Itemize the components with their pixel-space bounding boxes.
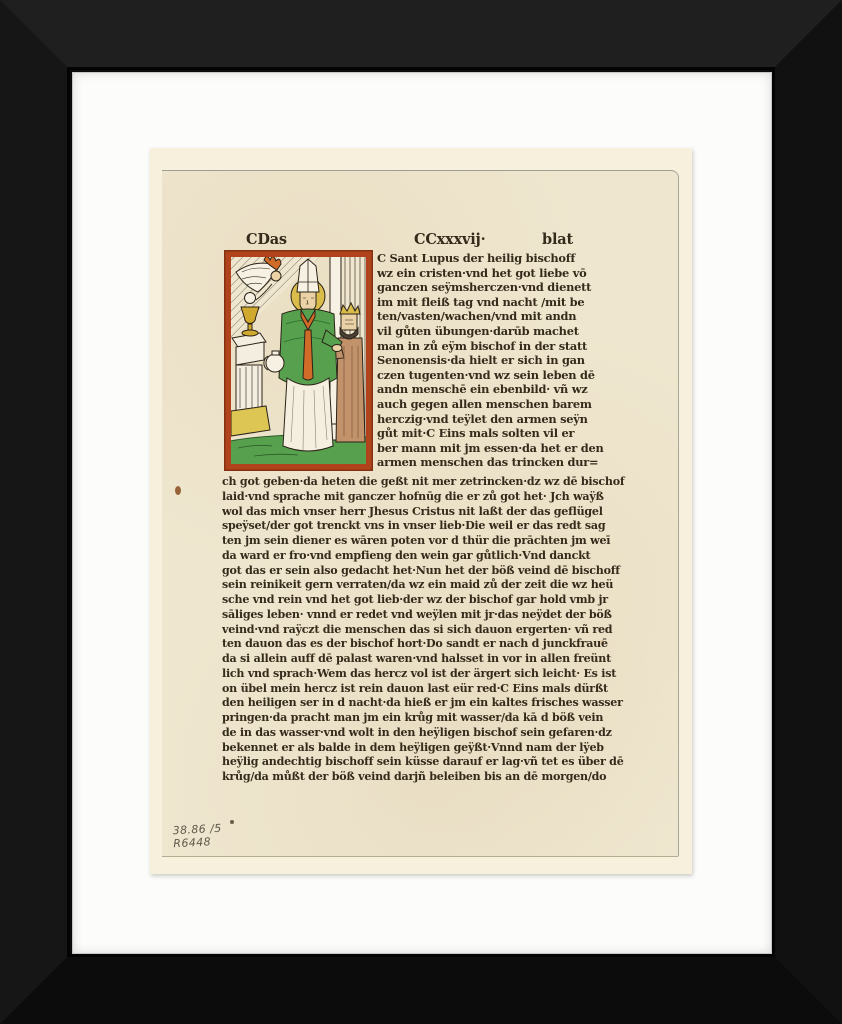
text-line: wz ein cristen·vnd het got liebe vō: [377, 266, 633, 281]
bishop-hand: [332, 345, 342, 352]
text-line: laid·vnd sprache mit ganczer hofnūg die …: [222, 490, 632, 505]
text-line: on übel mein hercz ist rein dauon last e…: [222, 682, 632, 697]
text-line: lich vnd sprach·Wem das hercz vol ist de…: [222, 667, 632, 682]
text-line: ch got geben·da heten die geßt nit mer z…: [222, 475, 632, 490]
text-line: de in das wasser·vnd wolt in den heÿlige…: [222, 726, 632, 741]
text-line: ten dauon das es der bischof hort·Do san…: [222, 637, 632, 652]
text-line: ber mann mit jm essen·da het er den: [377, 441, 633, 456]
text-line: bekennet er als balde in dem heÿligen ge…: [222, 741, 632, 756]
text-line: veind·vnd raÿczt die menschen das si sic…: [222, 623, 632, 638]
bishop-alb: [283, 378, 333, 451]
text-line: krůg/da můßt der böß veind darjñ beleibe…: [222, 770, 632, 785]
header-row: CDas CCxxxvij· blat: [222, 231, 632, 249]
main-text-block: ch got geben·da heten die geßt nit mer z…: [222, 475, 632, 793]
text-line: ganczen seÿmsherczen·vnd dienett: [377, 280, 633, 295]
text-line: im mit fleiß tag vnd nacht /mit be: [377, 295, 633, 310]
header-chapter-label: CDas: [246, 231, 287, 248]
text-line: vil gůten übungen·darūb machet: [377, 324, 633, 339]
collection-inscription: 38.86 /5 R6448: [172, 822, 222, 851]
text-line: den heiligen ser in d nacht·da hieß er j…: [222, 696, 632, 711]
bishop-face: [300, 292, 316, 311]
text-line: pringen·da pracht man jm ein krůg mit wa…: [222, 711, 632, 726]
text-line: da si allein auff dē palast waren·vnd ha…: [222, 652, 632, 667]
foxing-spot: [175, 486, 181, 495]
text-line: C Sant Lupus der heilig bischoff: [377, 251, 633, 266]
text-line: wol das mich vnser herr Jhesus Cristus n…: [222, 505, 632, 520]
text-line: gůt mit·C Eins mals solten vil er: [377, 426, 633, 441]
text-line: sche vnd rein vnd het got lieb·der wz de…: [222, 593, 632, 608]
text-line: herczig·vnd teÿlet den armen seÿn: [377, 412, 633, 427]
inscription-line: 38.86 /5: [172, 822, 222, 838]
text-line: speÿset/der got trenckt vns in vnser lie…: [222, 519, 632, 534]
text-line: ten jm sein diener es wāren poten vor d …: [222, 534, 632, 549]
framed-incunable-leaf: CDas CCxxxvij· blat: [0, 0, 842, 1024]
text-line: da ward er fro·vnd empfieng den wein gar…: [222, 549, 632, 564]
text-line: armen menschen das trincken dur=: [377, 455, 633, 470]
text-line: man in zů eÿm bischof in der statt: [377, 339, 633, 354]
header-folio-number: CCxxxvij·: [414, 231, 485, 248]
text-line: sein reinikeit gern verraten/da wz ein m…: [222, 578, 632, 593]
text-line: sāliges leben· vnnd er redet vnd weÿlen …: [222, 608, 632, 623]
altar-pedestal: [231, 333, 270, 436]
text-line: heÿlig andechtig bischoff sein küsse dar…: [222, 755, 632, 770]
inscription-line: R6448: [173, 835, 223, 851]
text-line: auch gegen allen menschen barem: [377, 397, 633, 412]
woodcut-illustration: [224, 250, 373, 471]
text-line: got das er sein also gedacht het·Nun het…: [222, 564, 632, 579]
text-line: andn menschē ein ebenbild· vñ wz: [377, 382, 633, 397]
text-line: czen tugenten·vnd wz sein leben dē: [377, 368, 633, 383]
text-line: Senonensis·da hielt er sich in gan: [377, 353, 633, 368]
text-line: ten/vasten/wachen/vnd mit andn: [377, 309, 633, 324]
right-column-text: C Sant Lupus der heilig bischoffwz ein c…: [377, 251, 633, 471]
foxing-spot: [230, 820, 234, 824]
header-blat-label: blat: [542, 231, 573, 248]
